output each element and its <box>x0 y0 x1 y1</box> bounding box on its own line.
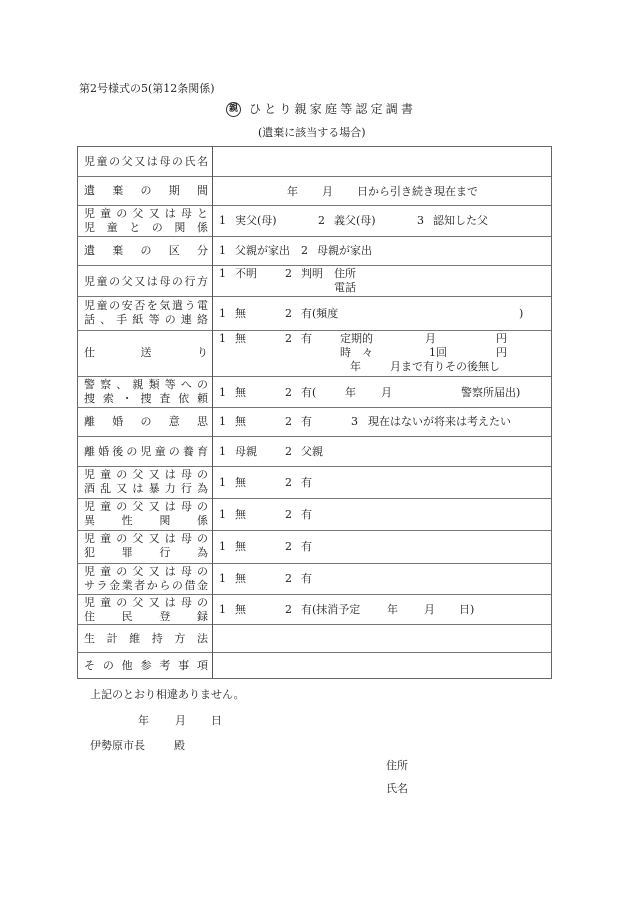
option-number: 3 <box>417 214 424 227</box>
row-divider <box>78 265 551 266</box>
option-number: 1 <box>219 415 226 428</box>
option-number: 2 <box>285 603 292 616</box>
option-number: 2 <box>285 572 292 585</box>
circled-oya-mark: 親 <box>226 102 241 117</box>
option-yes[interactable]: 有 <box>301 572 312 585</box>
option-father-left[interactable]: 父親が家出 <box>235 244 290 257</box>
option-number: 2 <box>285 332 292 345</box>
option-number: 2 <box>301 244 308 257</box>
form-number: 第2号様式の5(第12条関係) <box>79 80 215 96</box>
option-number: 1 <box>219 267 226 280</box>
option-none[interactable]: 無 <box>235 540 246 553</box>
applicant-name-label: 氏名 <box>386 780 408 796</box>
option-yes-frequency[interactable]: 有(頻度 <box>301 307 338 320</box>
option-none[interactable]: 無 <box>235 508 246 521</box>
label-remittance: 仕 送 り <box>84 346 208 360</box>
row-divider <box>78 296 551 297</box>
occasional-label: 時 々 <box>340 346 373 359</box>
option-number: 2 <box>285 445 292 458</box>
option-yes[interactable]: 有 <box>301 540 312 553</box>
option-number: 1 <box>219 603 226 616</box>
until-month-text: 月まで有りその後無し <box>390 360 500 373</box>
option-yes[interactable]: 有 <box>301 415 312 428</box>
row-divider <box>78 563 551 564</box>
row-divider <box>78 624 551 625</box>
label-resident-registration: 児童の父又は母の住 民 登 録 <box>84 596 208 624</box>
year-label: 年 <box>345 386 356 399</box>
period-day-text: 日から引き続き現在まで <box>357 185 478 198</box>
option-none[interactable]: 無 <box>235 307 246 320</box>
row-divider <box>78 466 551 467</box>
option-number: 2 <box>285 307 292 320</box>
option-mother[interactable]: 母親 <box>235 445 257 458</box>
option-step-parent[interactable]: 義父(母) <box>334 214 376 227</box>
option-number: 2 <box>318 214 325 227</box>
option-number: 1 <box>219 307 226 320</box>
document-title-line: 親ひとり親家庭等認定調書 <box>226 100 416 117</box>
option-number: 2 <box>285 267 292 280</box>
row-divider <box>78 652 551 653</box>
row-divider <box>78 530 551 531</box>
option-yes[interactable]: 有 <box>301 332 312 345</box>
row-divider <box>78 330 551 331</box>
row-divider <box>78 498 551 499</box>
label-child-custody: 離婚後の児童の養育 <box>84 445 208 459</box>
option-number: 2 <box>285 415 292 428</box>
month-label: 月 <box>381 386 392 399</box>
month-label: 月 <box>425 332 436 345</box>
option-none[interactable]: 無 <box>235 603 246 616</box>
label-livelihood: 生計維持方法 <box>84 632 208 646</box>
day-label: 日) <box>459 603 474 616</box>
option-none[interactable]: 無 <box>235 415 246 428</box>
date-year: 年 <box>138 712 149 728</box>
label-affairs: 児童の父又は母の異 性 関 係 <box>84 500 208 528</box>
yen-label: 円 <box>496 346 507 359</box>
option-number: 1 <box>219 244 226 257</box>
option-yes-deletion-planned[interactable]: 有(抹消予定 <box>301 603 360 616</box>
option-unknown[interactable]: 不明 <box>235 267 257 280</box>
label-whereabouts: 児童の父又は母の行方 <box>84 275 208 289</box>
document-title: ひとり親家庭等認定調書 <box>249 102 416 116</box>
label-relationship: 児童の父又は母と児童との関係 <box>84 207 208 235</box>
closing-paren: ) <box>519 307 523 320</box>
option-none[interactable]: 無 <box>235 476 246 489</box>
row-divider <box>78 594 551 595</box>
field-other-notes[interactable] <box>218 656 546 676</box>
row-divider <box>78 376 551 377</box>
row-divider <box>78 236 551 237</box>
option-number: 1 <box>219 214 226 227</box>
phone-label: 電話 <box>334 281 356 294</box>
option-number: 1 <box>219 508 226 521</box>
row-divider <box>78 176 551 177</box>
row-divider <box>78 436 551 437</box>
yen-label: 円 <box>496 332 507 345</box>
option-number: 1 <box>219 386 226 399</box>
option-number: 2 <box>285 540 292 553</box>
option-number: 2 <box>285 386 292 399</box>
label-alcohol-violence: 児童の父又は母の酒乱又は暴力行為 <box>84 468 208 496</box>
field-livelihood[interactable] <box>218 628 546 648</box>
year-label: 年 <box>350 360 361 373</box>
option-none[interactable]: 無 <box>235 332 246 345</box>
date-month: 月 <box>175 712 186 728</box>
applicant-address-label: 住所 <box>386 757 408 773</box>
option-yes[interactable]: 有 <box>301 476 312 489</box>
label-abandonment-type: 遺 棄 の 区 分 <box>84 244 208 258</box>
option-number: 2 <box>285 508 292 521</box>
option-acknowledged-father[interactable]: 認知した父 <box>433 214 488 227</box>
option-none[interactable]: 無 <box>235 386 246 399</box>
label-consumer-loans: 児童の父又は母のサラ金業者からの借金 <box>84 565 208 593</box>
addressee: 伊勢原市長 <box>90 737 145 753</box>
year-label: 年 <box>387 603 398 616</box>
police-report-text: 警察所届出) <box>461 386 520 399</box>
label-criminal-acts: 児童の父又は母の犯 罪 行 為 <box>84 532 208 560</box>
honorific: 殿 <box>174 737 185 753</box>
document-subtitle: (遺棄に該当する場合) <box>258 124 366 140</box>
period-year: 年 <box>287 185 298 198</box>
certification-table: 児童の父又は母の氏名 遺 棄 の 期 間 年 月 日から引き続き現在まで 児童の… <box>77 146 552 679</box>
period-month: 月 <box>322 185 333 198</box>
month-label: 月 <box>424 603 435 616</box>
label-other-notes: その他参考事項 <box>84 659 208 673</box>
once-label: 1回 <box>429 346 447 359</box>
label-parent-name: 児童の父又は母の氏名 <box>84 155 208 169</box>
option-number: 3 <box>351 415 358 428</box>
date-day: 日 <box>211 712 222 728</box>
label-abandonment-period: 遺 棄 の 期 間 <box>84 184 208 198</box>
option-yes[interactable]: 有 <box>301 508 312 521</box>
option-number: 1 <box>219 572 226 585</box>
declaration-text: 上記のとおり相違ありません。 <box>90 686 245 702</box>
option-number: 1 <box>219 476 226 489</box>
option-number: 1 <box>219 445 226 458</box>
option-number: 1 <box>219 332 226 345</box>
row-divider <box>78 407 551 408</box>
address-label: 住所 <box>334 267 356 280</box>
label-divorce-intention: 離 婚 の 意 思 <box>84 415 208 429</box>
option-number: 1 <box>219 540 226 553</box>
option-known[interactable]: 判明 <box>301 267 323 280</box>
option-number: 2 <box>285 476 292 489</box>
column-divider <box>212 147 213 678</box>
field-parent-name[interactable] <box>218 152 546 172</box>
option-none[interactable]: 無 <box>235 572 246 585</box>
option-biological-parent[interactable]: 実父(母) <box>235 214 277 227</box>
regular-label: 定期的 <box>340 332 373 345</box>
option-mother-left[interactable]: 母親が家出 <box>317 244 372 257</box>
label-police-search: 警察、親類等への捜索・捜査依頼 <box>84 378 208 406</box>
option-father[interactable]: 父親 <box>301 445 323 458</box>
option-yes[interactable]: 有( <box>301 386 316 399</box>
label-contact: 児童の安否を気遣う電話、手紙等の連絡 <box>84 299 208 327</box>
option-considering-future[interactable]: 現在はないが将来は考えたい <box>368 415 511 428</box>
row-divider <box>78 205 551 206</box>
